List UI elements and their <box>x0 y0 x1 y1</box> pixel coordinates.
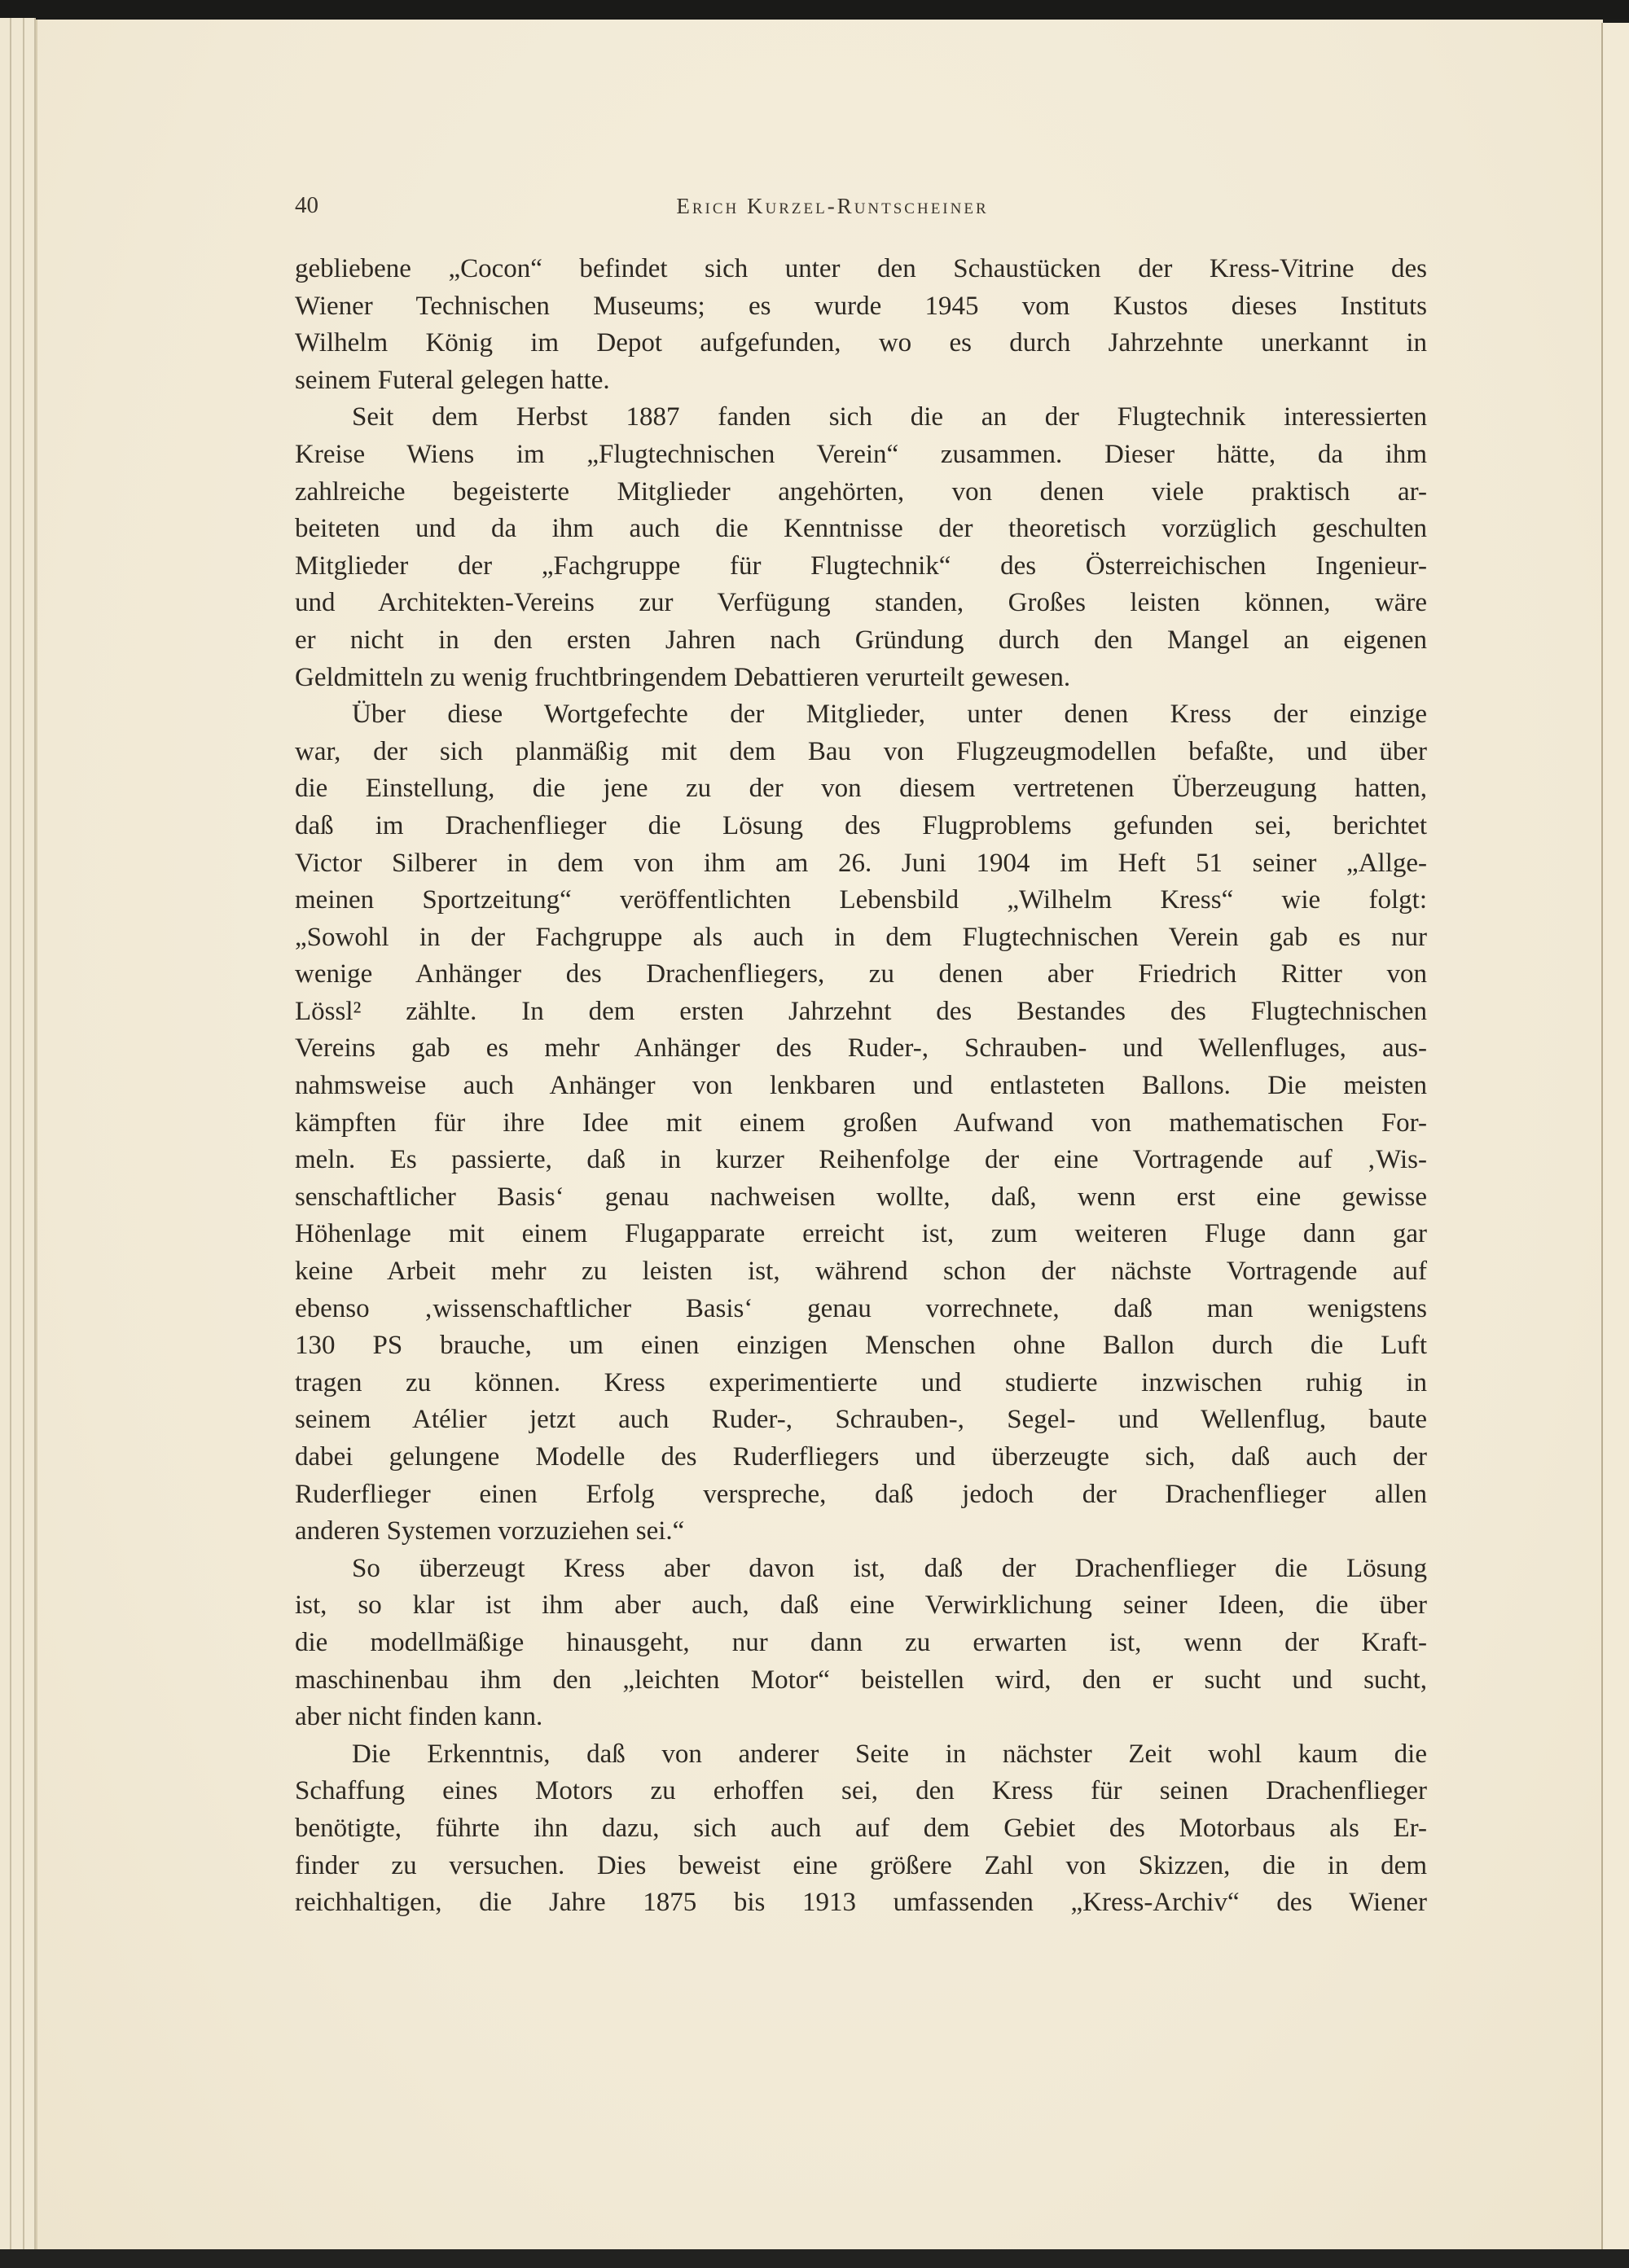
text-line: Schaffung eines Motors zu erhoffen sei, … <box>295 1773 1427 1810</box>
text-line: benötigte, führte ihn dazu, sich auch au… <box>295 1810 1427 1848</box>
text-line: gebliebene „Cocon“ befindet sich unter d… <box>295 251 1427 288</box>
text-line: ist, so klar ist ihm aber auch, daß eine… <box>295 1587 1427 1625</box>
running-head: Erich Kurzel-Runtscheiner <box>295 194 1435 219</box>
text-line: dabei gelungene Modelle des Ruderflieger… <box>295 1439 1427 1476</box>
text-line: war, der sich planmäßig mit dem Bau von … <box>295 734 1427 771</box>
text-line: wenige Anhänger des Drachenfliegers, zu … <box>295 956 1427 994</box>
text-line: keine Arbeit mehr zu leisten ist, währen… <box>295 1253 1427 1291</box>
book-page-edges <box>0 18 41 2251</box>
text-line: anderen Systemen vorzuziehen sei.“ <box>295 1513 1427 1551</box>
text-line: seinem Atélier jetzt auch Ruder-, Schrau… <box>295 1402 1427 1439</box>
text-line: daß im Drachenflieger die Lösung des Flu… <box>295 808 1427 845</box>
text-line: Seit dem Herbst 1887 fanden sich die an … <box>295 399 1427 436</box>
text-line: er nicht in den ersten Jahren nach Gründ… <box>295 622 1427 660</box>
text-line: Wiener Technischen Museums; es wurde 194… <box>295 288 1427 326</box>
text-line: senschaftlicher Basis‘ genau nachweisen … <box>295 1179 1427 1217</box>
scan-background-top <box>0 0 1629 20</box>
text-line: Vereins gab es mehr Anhänger des Ruder-,… <box>295 1030 1427 1068</box>
text-line: und Architekten-Vereins zur Verfügung st… <box>295 585 1427 622</box>
text-line: Höhenlage mit einem Flugapparate erreich… <box>295 1216 1427 1253</box>
text-line: finder zu versuchen. Dies beweist eine g… <box>295 1848 1427 1885</box>
page-edge <box>0 18 11 2251</box>
text-line: Wilhelm König im Depot aufgefunden, wo e… <box>295 325 1427 362</box>
text-line: So überzeugt Kress aber davon ist, daß d… <box>295 1551 1427 1588</box>
text-line: kämpften für ihre Idee mit einem großen … <box>295 1105 1427 1143</box>
text-line: die modellmäßige hinausgeht, nur dann zu… <box>295 1625 1427 1662</box>
page-header: 40 Erich Kurzel-Runtscheiner <box>295 192 1435 225</box>
text-line: tragen zu können. Kress experimentierte … <box>295 1365 1427 1402</box>
text-line: reichhaltigen, die Jahre 1875 bis 1913 u… <box>295 1884 1427 1922</box>
text-line: ebenso ‚wissenschaftlicher Basis‘ genau … <box>295 1291 1427 1328</box>
text-line: Mitglieder der „Fachgruppe für Flugtechn… <box>295 548 1427 586</box>
text-line: nahmsweise auch Anhänger von lenkbaren u… <box>295 1068 1427 1105</box>
facing-page-edge <box>1601 23 1629 2254</box>
text-line: 130 PS brauche, um einen einzigen Mensch… <box>295 1327 1427 1365</box>
text-line: Ruderflieger einen Erfolg verspreche, da… <box>295 1476 1427 1514</box>
text-line: Lössl² zählte. In dem ersten Jahrzehnt d… <box>295 994 1427 1031</box>
text-line: meln. Es passierte, daß in kurzer Reihen… <box>295 1142 1427 1179</box>
text-line: Kreise Wiens im „Flugtechnischen Verein“… <box>295 436 1427 474</box>
text-line: zahlreiche begeisterte Mitglieder angehö… <box>295 474 1427 511</box>
text-line: „Sowohl in der Fachgruppe als auch in de… <box>295 919 1427 957</box>
text-line: meinen Sportzeitung“ veröffentlichten Le… <box>295 882 1427 919</box>
body-text: gebliebene „Cocon“ befindet sich unter d… <box>295 251 1427 1922</box>
text-line: maschinenbau ihm den „leichten Motor“ be… <box>295 1662 1427 1700</box>
text-line: seinem Futeral gelegen hatte. <box>295 362 1427 400</box>
text-line: Die Erkenntnis, daß von anderer Seite in… <box>295 1736 1427 1774</box>
scan-background-bottom <box>0 2249 1629 2268</box>
text-line: die Einstellung, die jene zu der von die… <box>295 770 1427 808</box>
text-line: Geldmitteln zu wenig fruchtbringendem De… <box>295 660 1427 697</box>
page-edge <box>11 18 24 2251</box>
text-line: beiteten und da ihm auch die Kenntnisse … <box>295 511 1427 548</box>
page-edge <box>24 18 36 2251</box>
text-line: Über diese Wortgefechte der Mitglieder, … <box>295 696 1427 734</box>
text-line: Victor Silberer in dem von ihm am 26. Ju… <box>295 845 1427 883</box>
text-line: aber nicht finden kann. <box>295 1699 1427 1736</box>
